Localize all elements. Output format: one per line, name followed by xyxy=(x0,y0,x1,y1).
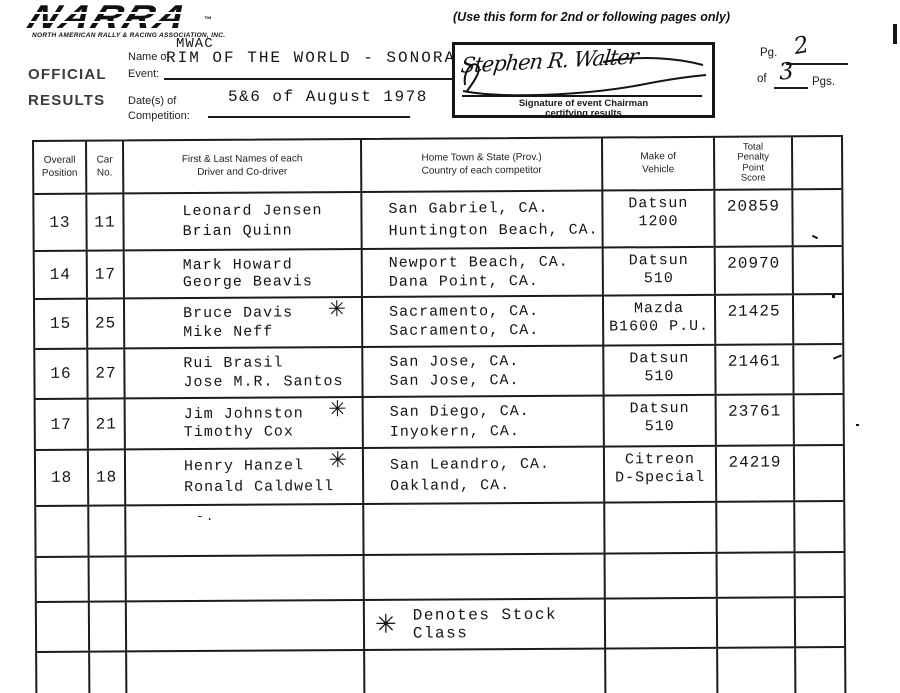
table-row: 14 17 Mark Howard George Beavis Newport … xyxy=(35,247,842,300)
empty-table-row xyxy=(36,502,843,558)
table-header-row: Overall Position Car No. First & Last Na… xyxy=(34,137,841,195)
overall-position-cell: 13 xyxy=(34,195,87,250)
driver-names-cell: Mark Howard George Beavis xyxy=(125,250,363,297)
penalty-score-cell: 21461 xyxy=(716,345,794,393)
page-number-underline xyxy=(786,63,848,65)
penalty-score-cell: 21425 xyxy=(716,295,794,343)
blank-cell xyxy=(89,506,126,555)
blank-cell xyxy=(795,502,843,551)
event-name-label: Name of xyxy=(128,51,170,63)
driver-names-cell: Jim Johnston Timothy Cox ✳ xyxy=(126,398,364,448)
empty-table-row xyxy=(37,648,844,693)
header-score: Total Penalty Point Score xyxy=(715,137,793,188)
page-label: Pg. xyxy=(760,47,777,59)
scan-speck xyxy=(856,424,859,426)
logo-stripe xyxy=(30,12,208,14)
penalty-score-cell: 24219 xyxy=(717,446,795,500)
table-row: 17 21 Jim Johnston Timothy Cox ✳ San Die… xyxy=(36,395,843,451)
stock-class-marker: ✳ xyxy=(375,610,397,640)
hometown-cell: San Gabriel, CA. Huntington Beach, CA. xyxy=(362,192,603,248)
footnote-row: ✳ Denotes Stock Class xyxy=(37,598,844,653)
blank-cell xyxy=(90,602,127,650)
stock-class-marker: ✳ xyxy=(328,450,348,472)
car-number-cell: 27 xyxy=(88,349,125,397)
competition-dates-label: Date(s) of xyxy=(128,95,176,107)
of-label: of xyxy=(757,73,767,85)
blank-cell xyxy=(365,555,606,599)
empty-table-row xyxy=(37,553,844,603)
stock-class-marker: ✳ xyxy=(328,299,348,321)
blank-cell xyxy=(90,652,127,693)
competition-dates-value: 5&6 of August 1978 xyxy=(228,88,428,106)
blank-cell xyxy=(718,598,796,646)
blank-cell xyxy=(365,650,606,693)
blank-cell xyxy=(605,503,717,553)
blank-cell xyxy=(794,345,842,393)
blank-cell xyxy=(90,557,127,600)
blank-cell xyxy=(37,558,90,601)
event-name-label: Event: xyxy=(128,68,159,80)
car-number-cell: 21 xyxy=(89,399,126,448)
scanned-results-form: NARRA ™ NORTH AMERICAN RALLY & RACING AS… xyxy=(0,0,900,693)
vehicle-make-cell: Datsun 510 xyxy=(605,396,717,446)
blank-cell xyxy=(127,601,365,650)
blank-cell xyxy=(718,648,796,693)
stock-class-marker: ✳ xyxy=(328,399,348,421)
penalty-score-cell: 23761 xyxy=(717,395,795,444)
header-hometown: Home Town & State (Prov.) Country of eac… xyxy=(362,139,603,191)
driver-names-cell: Rui Brasil Jose M.R. Santos xyxy=(125,348,363,397)
trademark-symbol: ™ xyxy=(204,15,212,24)
signature-box: Stephen R. Walter Signature of event Cha… xyxy=(452,42,715,118)
driver-names-cell: Leonard Jensen Brian Quinn xyxy=(124,193,362,249)
scan-speck xyxy=(832,295,835,298)
pgs-label: Pgs. xyxy=(812,76,835,88)
blank-cell xyxy=(37,603,90,651)
vehicle-make-cell: Datsun 510 xyxy=(604,248,716,295)
blank-cell xyxy=(794,295,842,343)
blank-cell xyxy=(36,507,89,556)
logo-stripe xyxy=(30,21,208,23)
results-table: Overall Position Car No. First & Last Na… xyxy=(32,135,846,693)
hometown-cell: San Jose, CA. San Jose, CA. xyxy=(363,347,604,396)
blank-cell xyxy=(795,446,843,500)
header-driver-names: First & Last Names of each Driver and Co… xyxy=(124,140,362,192)
total-pages-handwritten: 3 xyxy=(778,58,795,85)
car-number-cell: 25 xyxy=(88,299,125,347)
overall-position-cell: 17 xyxy=(36,400,89,449)
scan-edge-artifact xyxy=(893,24,897,44)
hometown-cell: San Diego, CA. Inyokern, CA. xyxy=(364,397,605,447)
header-blank xyxy=(793,137,841,188)
event-name-value: RIM OF THE WORLD - SONORA xyxy=(166,49,456,67)
vehicle-make-cell: Datsun 510 xyxy=(604,346,716,395)
scan-artifact-mark: -. xyxy=(196,509,216,524)
blank-cell xyxy=(717,502,795,551)
blank-cell xyxy=(126,505,364,555)
vehicle-make-cell: Mazda B1600 P.U. xyxy=(604,296,716,345)
overall-position-cell: 16 xyxy=(35,350,88,398)
hometown-cell: Newport Beach, CA. Dana Point, CA. xyxy=(363,249,604,296)
competition-dates-label: Competition: xyxy=(128,110,190,122)
blank-cell xyxy=(795,395,843,444)
official-results-label: OFFICIAL xyxy=(28,66,107,83)
car-number-cell: 11 xyxy=(87,194,124,249)
total-pages-underline xyxy=(774,87,808,89)
stock-class-footnote: ✳ Denotes Stock Class xyxy=(365,600,606,649)
blank-cell xyxy=(796,598,844,646)
narra-logo-wordmark: NARRA xyxy=(24,2,194,32)
hometown-cell: San Leandro, CA. Oakland, CA. xyxy=(364,448,605,503)
driver-names-cell: Bruce Davis Mike Neff ✳ xyxy=(125,298,363,347)
vehicle-make-cell: Datsun 1200 xyxy=(603,191,715,247)
penalty-score-cell: 20970 xyxy=(716,247,794,293)
car-number-cell: 18 xyxy=(89,450,126,504)
blank-cell xyxy=(606,599,718,648)
blank-cell xyxy=(796,648,844,693)
blank-cell xyxy=(37,653,90,693)
competition-dates-underline xyxy=(208,116,410,118)
blank-cell xyxy=(606,554,718,598)
header-overall-position: Overall Position xyxy=(34,142,87,193)
table-row: 18 18 Henry Hanzel Ronald Caldwell ✳ San… xyxy=(36,446,843,507)
header-make: Make of Vehicle xyxy=(603,138,715,190)
hometown-cell: Sacramento, CA. Sacramento, CA. xyxy=(363,297,604,346)
blank-cell xyxy=(796,553,844,596)
blank-cell xyxy=(127,556,365,600)
overall-position-cell: 18 xyxy=(36,451,89,505)
official-results-label: RESULTS xyxy=(28,92,105,109)
vehicle-make-cell: Citreon D-Special xyxy=(605,447,717,502)
penalty-score-cell: 20859 xyxy=(715,190,793,245)
signature-line xyxy=(462,95,702,97)
blank-cell xyxy=(127,651,365,693)
car-number-cell: 17 xyxy=(88,251,125,297)
table-row: 13 11 Leonard Jensen Brian Quinn San Gab… xyxy=(34,190,841,252)
blank-cell xyxy=(794,247,842,293)
overall-position-cell: 15 xyxy=(35,300,88,348)
header-car-no: Car No. xyxy=(87,141,124,192)
blank-cell xyxy=(606,649,718,693)
driver-names-cell: Henry Hanzel Ronald Caldwell ✳ xyxy=(126,449,364,504)
overall-position-cell: 14 xyxy=(35,252,88,298)
signature-caption: certifying results xyxy=(455,108,712,119)
event-name-underline xyxy=(164,78,452,80)
page-number-handwritten: 2 xyxy=(792,32,811,60)
form-usage-note: (Use this form for 2nd or following page… xyxy=(453,10,730,24)
footnote-text: Denotes Stock Class xyxy=(413,606,604,643)
blank-cell xyxy=(718,553,796,596)
table-row: 16 27 Rui Brasil Jose M.R. Santos San Jo… xyxy=(35,345,842,400)
table-row: 15 25 Bruce Davis Mike Neff ✳ Sacramento… xyxy=(35,295,842,350)
blank-cell xyxy=(364,504,605,554)
